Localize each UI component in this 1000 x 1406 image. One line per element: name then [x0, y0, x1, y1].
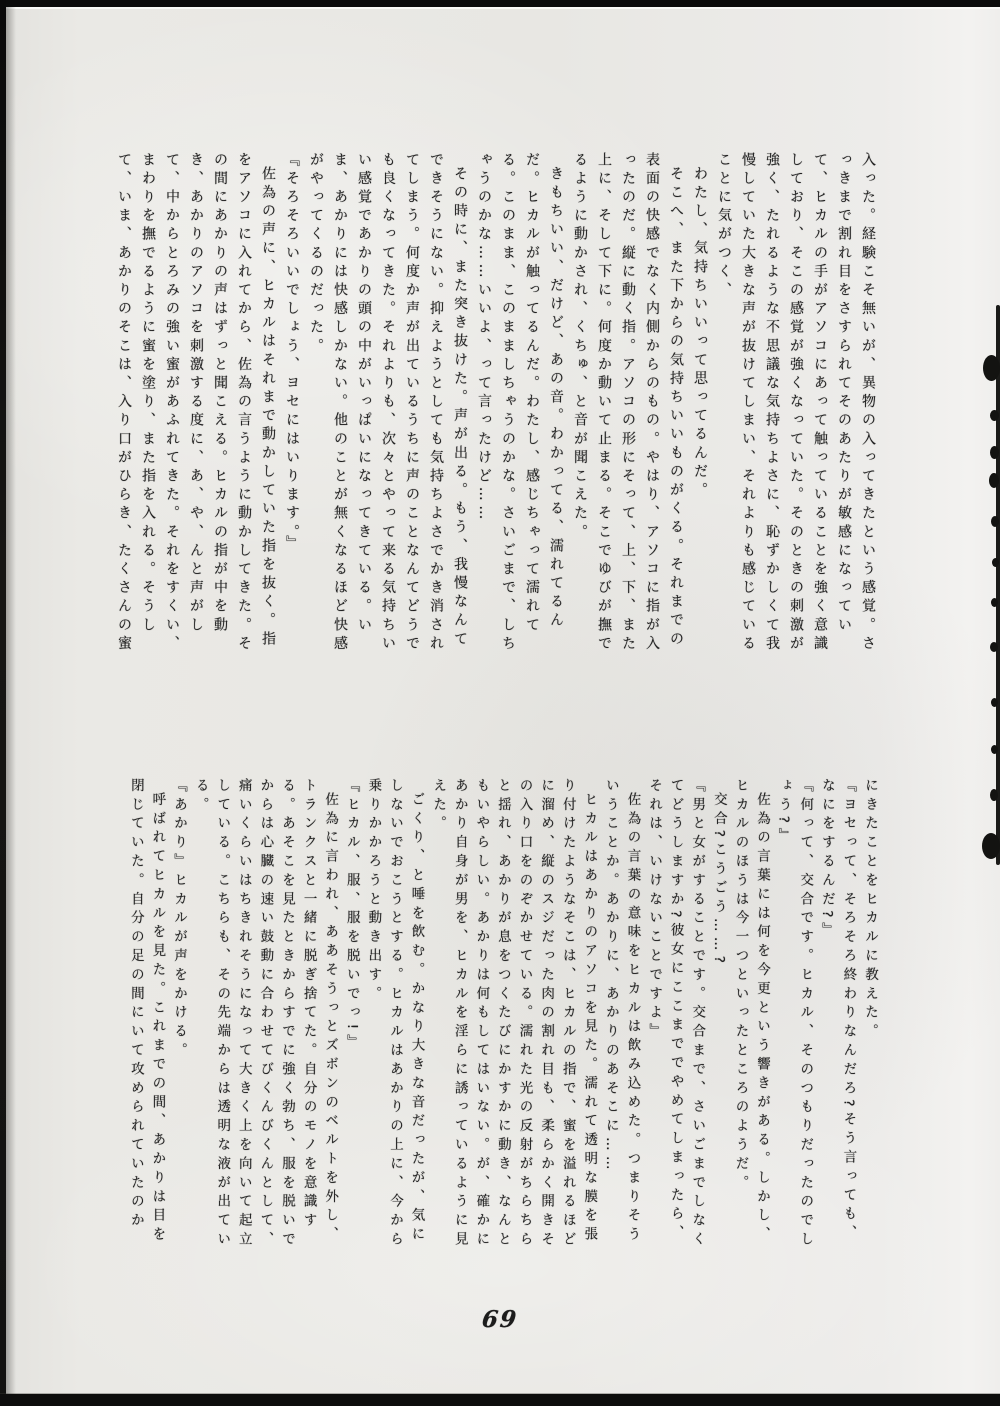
text-block-bottom: にきたことをヒカルに教えた。『ヨセって、そろそろ終わりなんだろ?そう言っても、な… [124, 778, 880, 1261]
paragraph: 入った。経験こそ無いが、異物の入ってきたという感覚。さっきまで割れ目をさすられて… [712, 152, 880, 657]
paragraph: 『ヨセって、そろそろ終わりなんだろ?そう言っても、なにをするんだ?』 [815, 778, 858, 1261]
scan-edge-top [0, 0, 1000, 9]
paragraph: 『何って、交合です。ヒカル、そのつもりだったのでしょう?』 [772, 778, 815, 1261]
paragraph: 『ヒカル、服、服を脱いでっ!』 [340, 778, 362, 1261]
paragraph: 佐為の声に、ヒカルはそれまで動かしていた指を抜く。指をアソコに入れてから、佐為の… [118, 152, 280, 657]
scanned-page: 入った。経験こそ無いが、異物の入ってきたという感覚。さっきまで割れ目をさすられて… [0, 0, 1000, 1406]
scan-artifact-blob [990, 642, 998, 652]
paragraph: ごくり、と唾を飲む。かなり大きな音だったが、気にしないでおこうとする。ヒカルはあ… [362, 778, 427, 1261]
paragraph: 佐為の言葉には何を今更という響きがある。しかし、ヒカルのほうは今一つといったとこ… [729, 778, 772, 1261]
scan-artifact-blob [982, 833, 1000, 859]
scan-artifact-blob [991, 745, 998, 754]
paragraph: 佐為に言われ、ああそうっとズボンのベルトを外し、トランクスと一緒に脱ぎ捨てた。自… [189, 778, 340, 1261]
scan-edge-bottom [0, 1394, 1000, 1406]
scan-artifact-blob [990, 446, 999, 459]
text-block-top: 入った。経験こそ無いが、異物の入ってきたという感覚。さっきまで割れ目をさすられて… [118, 152, 880, 657]
paragraph: そこへ、また下からの気持ちいいものがくる。それまでの表面の快感でなく内側からのも… [568, 152, 688, 657]
scan-artifact-blob [990, 789, 998, 801]
scan-artifact-blob [991, 516, 999, 527]
scan-artifact-blob [990, 410, 999, 421]
page-gutter-line [996, 305, 1000, 865]
page-number: 69 [467, 1306, 534, 1333]
scan-edge-left-shadow [6, 7, 16, 1394]
scan-artifact-blob [991, 598, 998, 607]
scan-artifact-blob [989, 473, 999, 488]
paragraph: 交合?こうごう……? [707, 778, 729, 1261]
paragraph: 『あかり』ヒカルが声をかける。 [167, 778, 189, 1261]
paragraph: ヒカルはあかりのアソコを見た。濡れて透明な膜を張り付けたようなそこは、ヒカルの指… [427, 778, 600, 1261]
scan-artifact-blob [983, 355, 1000, 381]
paragraph: きもちいい、だけど、あの音。わかってる、濡れてるんだ。ヒカルが触ってるんだ。わた… [472, 152, 568, 657]
paragraph: わたし、気持ちいいって思ってるんだ。 [688, 152, 712, 657]
paragraph: その時に、また突き抜けた。声が出る。もう、我慢なんてできそうにない。抑えようとし… [304, 152, 472, 657]
paragraph: 『男と女がすることです。交合まで、さいごまでしなくてどうしますか?彼女にここまで… [642, 778, 707, 1261]
paragraph: 『そろそろいいでしょう、ヨセにはいります。』 [280, 152, 304, 657]
paragraph: 呼ばれてヒカルを見た。これまでの間、あかりは目を閉じていた。自分の足の間にいて攻… [124, 778, 167, 1261]
paragraph: にきたことをヒカルに教えた。 [858, 778, 880, 1261]
scan-artifact-blob [991, 698, 998, 707]
scan-artifact-blob [992, 558, 999, 567]
paragraph: 佐為の言葉の意味をヒカルは飲み込めた。つまりそういうことか。あかりに、あかりのあ… [599, 778, 642, 1261]
